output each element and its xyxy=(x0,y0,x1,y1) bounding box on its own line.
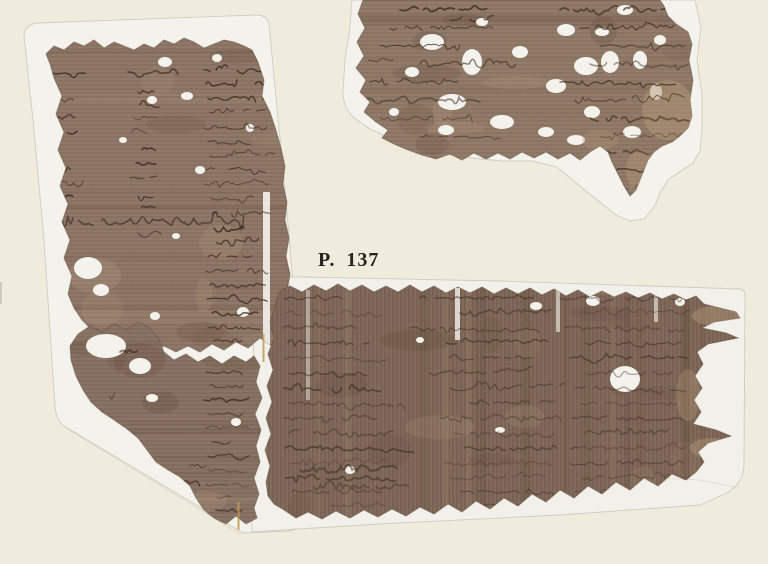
plate-label: P. 137 xyxy=(318,249,379,271)
scan-edge-artifact xyxy=(0,282,2,304)
plate-scan: P. 137 xyxy=(0,0,768,564)
papyrus-plate-photo: P. 137 xyxy=(0,0,768,564)
